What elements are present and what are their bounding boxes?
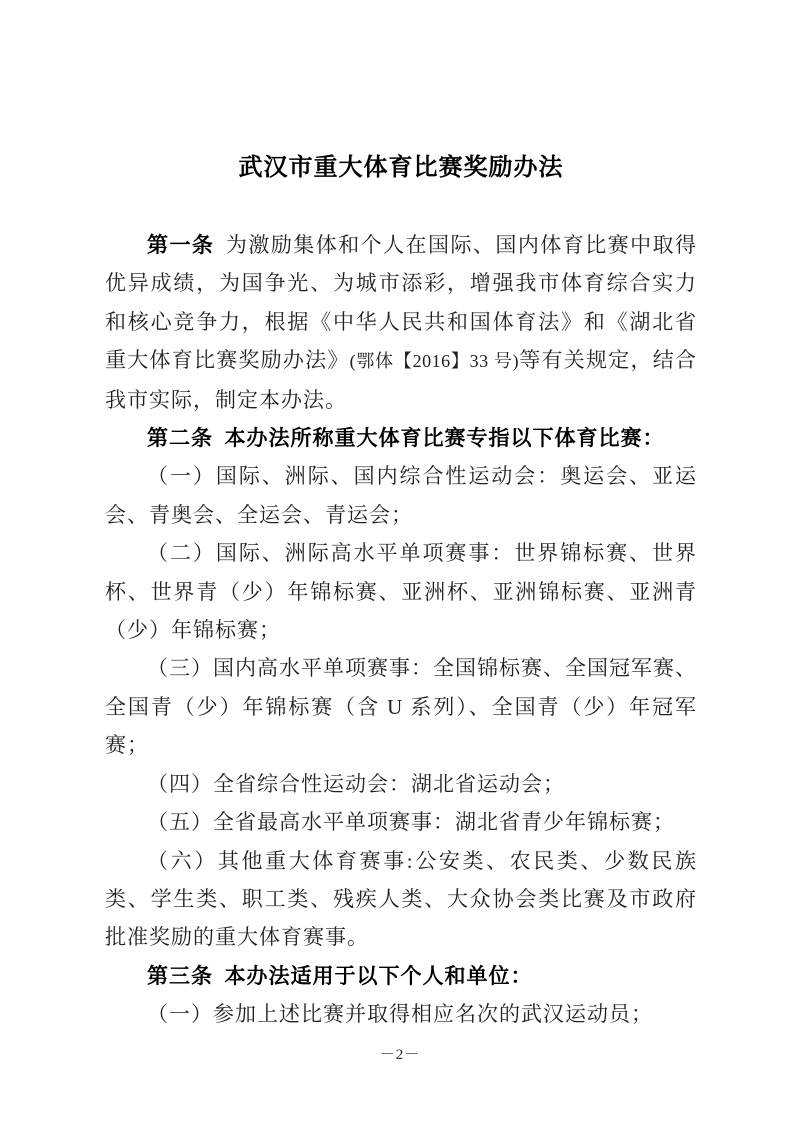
- article-2-item-3: （三）国内高水平单项赛事：全国锦标赛、全国冠军赛、全国青（少）年锦标赛（含 U …: [105, 649, 697, 764]
- article-3-heading: 第三条本办法适用于以下个人和单位：: [105, 957, 697, 995]
- page-number: －2－: [0, 1043, 800, 1064]
- article-2-item-2: （二）国际、洲际高水平单项赛事：世界锦标赛、世界杯、世界青（少）年锦标赛、亚洲杯…: [105, 534, 697, 649]
- document-body: 第一条为激励集体和个人在国际、国内体育比赛中取得优异成绩，为国争光、为城市添彩，…: [105, 226, 697, 1034]
- article-2-heading-text: 本办法所称重大体育比赛专指以下体育比赛：: [225, 426, 665, 450]
- article-2-label: 第二条: [147, 426, 213, 450]
- article-2-item-6: （六）其他重大体育赛事:公安类、农民类、少数民族类、学生类、职工类、残疾人类、大…: [105, 842, 697, 957]
- article-1-doc-number: (鄂体【2016】33 号): [350, 351, 519, 371]
- article-1-label: 第一条: [147, 233, 214, 257]
- article-3-heading-text: 本办法适用于以下个人和单位：: [225, 964, 533, 988]
- document-page: 武汉市重大体育比赛奖励办法 第一条为激励集体和个人在国际、国内体育比赛中取得优异…: [0, 0, 800, 1132]
- document-title: 武汉市重大体育比赛奖励办法: [105, 152, 697, 184]
- article-2-item-1: （一）国际、洲际、国内综合性运动会：奥运会、亚运会、青奥会、全运会、青运会；: [105, 457, 697, 534]
- article-1-paragraph: 第一条为激励集体和个人在国际、国内体育比赛中取得优异成绩，为国争光、为城市添彩，…: [105, 226, 697, 419]
- article-3-item-1: （一）参加上述比赛并取得相应名次的武汉运动员；: [105, 995, 697, 1033]
- article-2-item-5: （五）全省最高水平单项赛事：湖北省青少年锦标赛；: [105, 803, 697, 841]
- article-2-item-4: （四）全省综合性运动会：湖北省运动会；: [105, 765, 697, 803]
- article-3-label: 第三条: [147, 964, 213, 988]
- article-2-heading: 第二条本办法所称重大体育比赛专指以下体育比赛：: [105, 419, 697, 457]
